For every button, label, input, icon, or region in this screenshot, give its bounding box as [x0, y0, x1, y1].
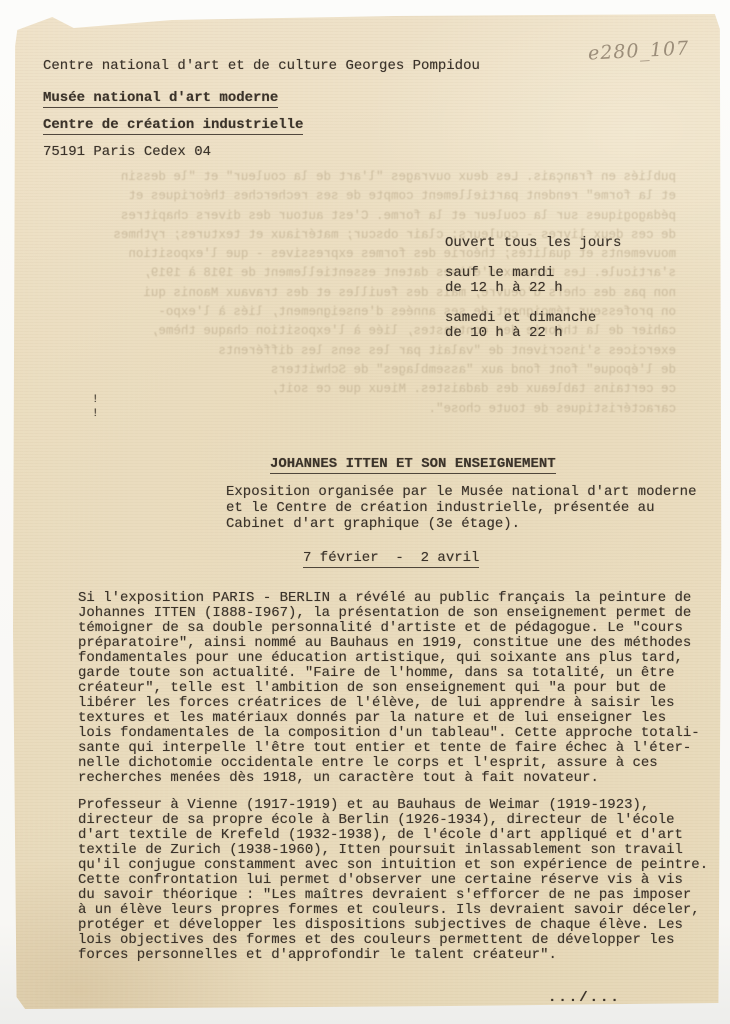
opening-hours: Ouvert tous les jours sauf le mardi de 1…: [445, 236, 621, 341]
dept-cci-label: Centre de création industrielle: [43, 117, 303, 135]
exhibition-subtitle: Exposition organisée par le Musée nation…: [226, 484, 696, 532]
exhibition-title-text: JOHANNES ITTEN ET SON ENSEIGNEMENT: [270, 456, 556, 474]
scan-background: publiés en français. Les deux ouvrages "…: [0, 0, 730, 1024]
body-paragraph-2: Professeur à Vienne (1917-1919) et au Ba…: [78, 798, 708, 963]
org-name: Centre national d'art et de culture Geor…: [43, 58, 480, 74]
body-paragraph-1: Si l'exposition PARIS - BERLIN a révélé …: [78, 591, 700, 786]
continuation-mark: .../...: [548, 990, 621, 1006]
stray-typed-marks: ! !: [92, 393, 99, 421]
exhibition-title: JOHANNES ITTEN ET SON ENSEIGNEMENT: [270, 456, 556, 472]
exhibition-dates-text: 7 février - 2 avril: [303, 550, 479, 568]
exhibition-dates: 7 février - 2 avril: [303, 550, 479, 566]
dept-cci: Centre de création industrielle: [43, 117, 303, 133]
dept-musee: Musée national d'art moderne: [43, 90, 278, 106]
dept-musee-label: Musée national d'art moderne: [43, 90, 278, 108]
document-page: publiés en français. Les deux ouvrages "…: [8, 10, 722, 1010]
postal-address: 75191 Paris Cedex 04: [43, 144, 211, 160]
archive-annotation: e280_107: [587, 37, 689, 64]
